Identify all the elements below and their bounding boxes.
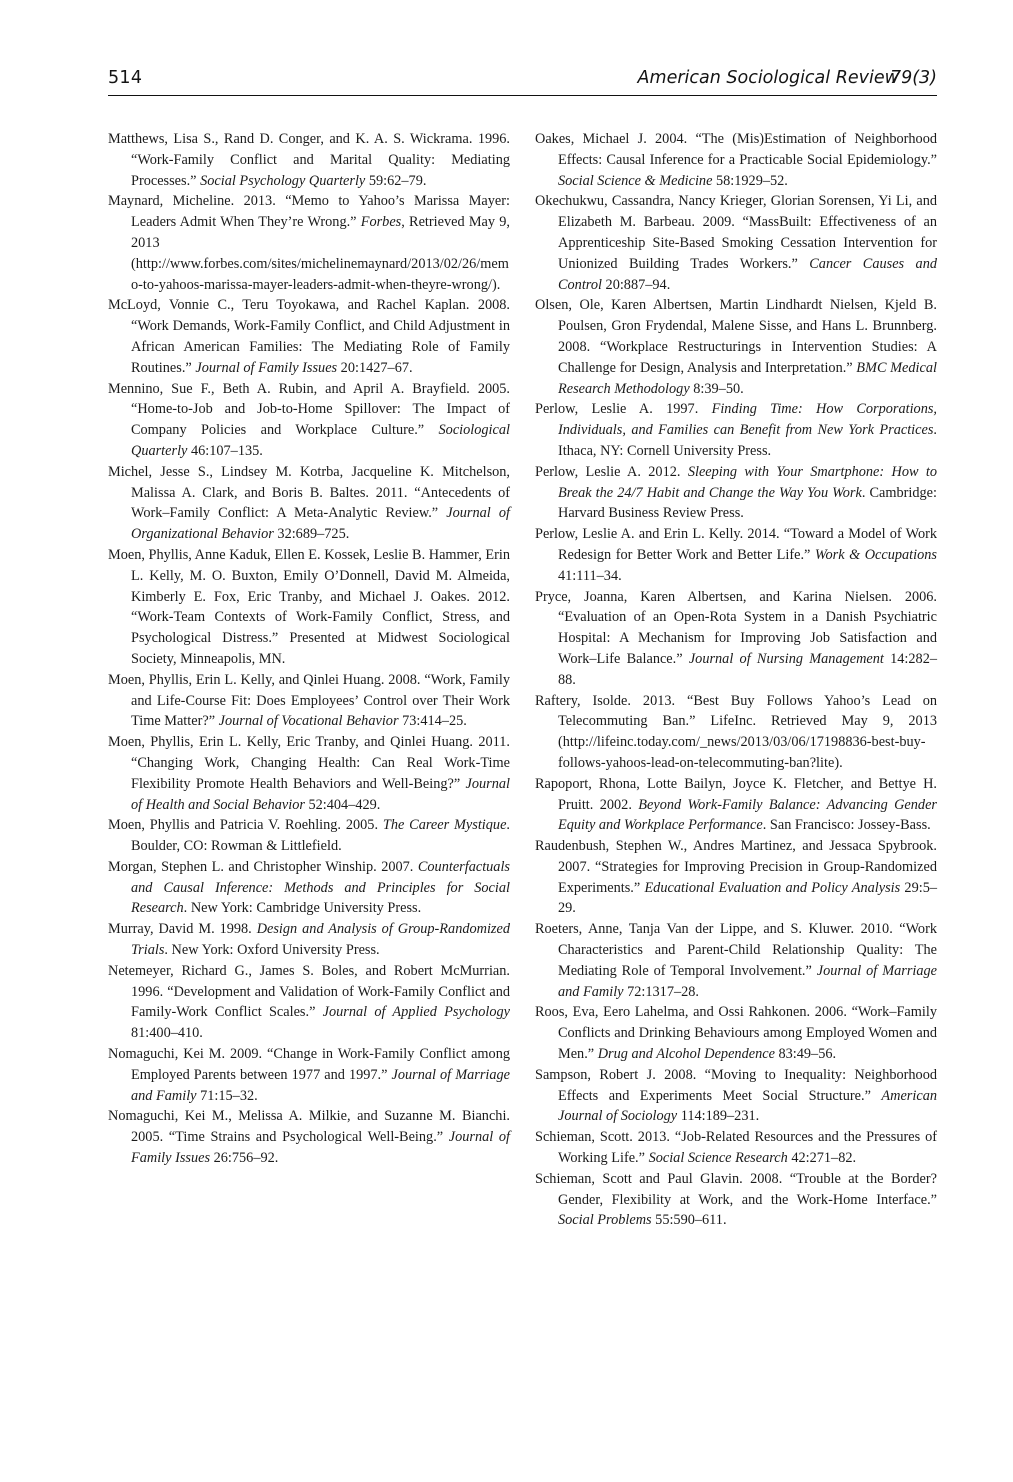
reference-title-italic: Forbes (361, 214, 402, 230)
references-column-right: Oakes, Michael J. 2004. “The (Mis)Estima… (535, 129, 937, 1231)
reference-title-italic: The Career Mystique (383, 817, 507, 833)
reference-title-italic: Journal of Vocational Behavior (219, 713, 399, 729)
reference-text: Murray, David M. 1998. (108, 921, 257, 937)
reference-entry: Morgan, Stephen L. and Christopher Winsh… (108, 857, 510, 919)
running-header: 514 American Sociological Review79(3) (108, 68, 937, 96)
reference-text: 83:49–56. (775, 1046, 836, 1062)
reference-text: 46:107–135. (187, 443, 262, 459)
reference-entry: Olsen, Ole, Karen Albertsen, Martin Lind… (535, 295, 937, 399)
reference-title-italic: Social Psychology Quarterly (200, 173, 365, 189)
reference-title-italic: Social Science & Medicine (558, 173, 712, 189)
reference-entry: Rapoport, Rhona, Lotte Bailyn, Joyce K. … (535, 774, 937, 836)
reference-entry: Okechukwu, Cassandra, Nancy Krieger, Glo… (535, 191, 937, 295)
reference-title-italic: Journal of Nursing Management (689, 651, 884, 667)
reference-title-italic: Social Science Research (649, 1150, 788, 1166)
reference-entry: Perlow, Leslie A. 2012. Sleeping with Yo… (535, 462, 937, 524)
reference-text: Perlow, Leslie A. 2012. (535, 464, 688, 480)
reference-entry: Oakes, Michael J. 2004. “The (Mis)Estima… (535, 129, 937, 191)
reference-text: 59:62–79. (365, 173, 426, 189)
reference-text: Morgan, Stephen L. and Christopher Winsh… (108, 859, 418, 875)
reference-title-italic: Drug and Alcohol Dependence (598, 1046, 775, 1062)
reference-text: 71:15–32. (197, 1088, 258, 1104)
reference-title-italic: Journal of Family Issues (195, 360, 337, 376)
journal-issue: 79(3) (890, 68, 937, 88)
reference-entry: Perlow, Leslie A. and Erin L. Kelly. 201… (535, 524, 937, 586)
reference-entry: Moen, Phyllis, Erin L. Kelly, and Qinlei… (108, 670, 510, 732)
reference-text: 26:756–92. (210, 1150, 278, 1166)
reference-text: 58:1929–52. (712, 173, 787, 189)
reference-title-italic: Social Problems (558, 1212, 652, 1228)
reference-entry: McLoyd, Vonnie C., Teru Toyokawa, and Ra… (108, 295, 510, 378)
reference-entry: Schieman, Scott. 2013. “Job-Related Reso… (535, 1127, 937, 1169)
reference-text: Perlow, Leslie A. 1997. (535, 401, 712, 417)
reference-entry: Raftery, Isolde. 2013. “Best Buy Follows… (535, 691, 937, 774)
reference-text: 52:404–429. (305, 797, 380, 813)
references-column-left: Matthews, Lisa S., Rand D. Conger, and K… (108, 129, 510, 1231)
reference-entry: Moen, Phyllis and Patricia V. Roehling. … (108, 815, 510, 857)
reference-entry: Roos, Eva, Eero Lahelma, and Ossi Rahkon… (535, 1002, 937, 1064)
reference-text: . New York: Cambridge University Press. (184, 900, 421, 916)
reference-text: Raftery, Isolde. 2013. “Best Buy Follows… (535, 693, 937, 771)
reference-entry: Murray, David M. 1998. Design and Analys… (108, 919, 510, 961)
reference-text: . San Francisco: Jossey-Bass. (763, 817, 931, 833)
reference-title-italic: Journal of Applied Psychology (323, 1004, 510, 1020)
reference-entry: Pryce, Joanna, Karen Albertsen, and Kari… (535, 587, 937, 691)
reference-text: 41:111–34. (558, 568, 622, 584)
reference-entry: Moen, Phyllis, Anne Kaduk, Ellen E. Koss… (108, 545, 510, 670)
reference-text: 81:400–410. (131, 1025, 203, 1041)
reference-title-italic: Work & Occupations (815, 547, 937, 563)
reference-text: Oakes, Michael J. 2004. “The (Mis)Estima… (535, 131, 937, 168)
reference-entry: Netemeyer, Richard G., James S. Boles, a… (108, 961, 510, 1044)
reference-entry: Roeters, Anne, Tanja Van der Lippe, and … (535, 919, 937, 1002)
reference-entry: Schieman, Scott and Paul Glavin. 2008. “… (535, 1169, 937, 1231)
reference-entry: Mennino, Sue F., Beth A. Rubin, and Apri… (108, 379, 510, 462)
reference-entry: Perlow, Leslie A. 1997. Finding Time: Ho… (535, 399, 937, 461)
reference-text: Moen, Phyllis, Erin L. Kelly, Eric Tranb… (108, 734, 510, 792)
reference-text: Sampson, Robert J. 2008. “Moving to Ineq… (535, 1067, 937, 1104)
reference-text: . New York: Oxford University Press. (164, 942, 379, 958)
journal-name: American Sociological Review (638, 68, 899, 88)
journal-header: American Sociological Review79(3) (638, 68, 937, 88)
reference-text: 114:189–231. (677, 1108, 759, 1124)
reference-entry: Moen, Phyllis, Erin L. Kelly, Eric Tranb… (108, 732, 510, 815)
reference-text: 20:1427–67. (337, 360, 412, 376)
reference-text: Moen, Phyllis and Patricia V. Roehling. … (108, 817, 383, 833)
reference-text: Moen, Phyllis, Anne Kaduk, Ellen E. Koss… (108, 547, 510, 667)
reference-text: 8:39–50. (690, 381, 744, 397)
reference-entry: Matthews, Lisa S., Rand D. Conger, and K… (108, 129, 510, 191)
reference-text: Schieman, Scott and Paul Glavin. 2008. “… (535, 1171, 937, 1208)
reference-entry: Sampson, Robert J. 2008. “Moving to Ineq… (535, 1065, 937, 1127)
references-section: Matthews, Lisa S., Rand D. Conger, and K… (108, 129, 937, 1231)
reference-text: 20:887–94. (602, 277, 670, 293)
reference-text: 72:1317–28. (624, 984, 699, 1000)
reference-text: 55:590–611. (652, 1212, 727, 1228)
reference-title-italic: Educational Evaluation and Policy Analys… (644, 880, 900, 896)
reference-entry: Raudenbush, Stephen W., Andres Martinez,… (535, 836, 937, 919)
journal-page: 514 American Sociological Review79(3) Ma… (0, 0, 1013, 1482)
reference-entry: Maynard, Micheline. 2013. “Memo to Yahoo… (108, 191, 510, 295)
page-number: 514 (108, 68, 142, 88)
reference-text: 42:271–82. (788, 1150, 856, 1166)
reference-text: 32:689–725. (274, 526, 349, 542)
reference-text: 73:414–25. (399, 713, 467, 729)
reference-entry: Nomaguchi, Kei M., Melissa A. Milkie, an… (108, 1106, 510, 1168)
reference-entry: Nomaguchi, Kei M. 2009. “Change in Work-… (108, 1044, 510, 1106)
reference-entry: Michel, Jesse S., Lindsey M. Kotrba, Jac… (108, 462, 510, 545)
